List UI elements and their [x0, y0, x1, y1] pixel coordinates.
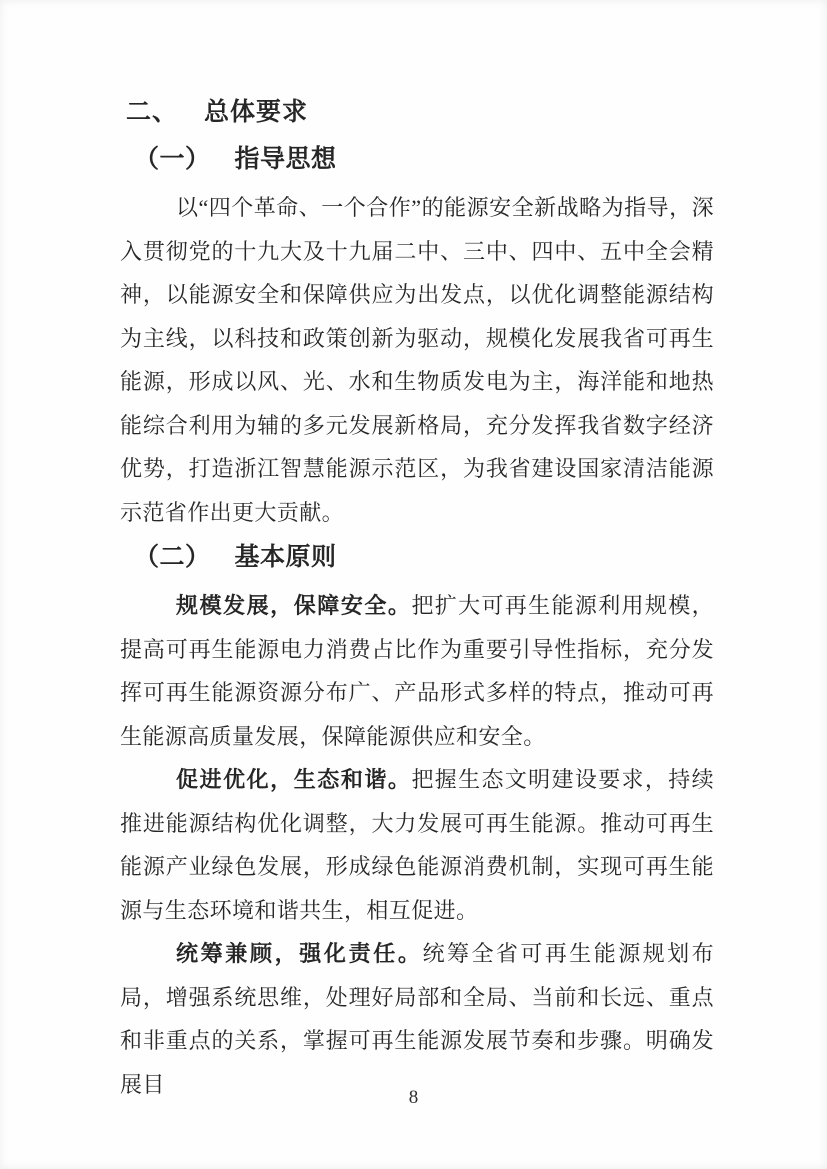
- page-number: 8: [0, 1087, 827, 1109]
- paragraph-principle-scale: 规模发展，保障安全。把扩大可再生能源利用规模，提高可再生能源电力消费占比作为重要…: [120, 584, 714, 758]
- paragraph-principle-ecology: 促进优化，生态和谐。把握生态文明建设要求，持续推进能源结构优化调整，大力发展可再…: [120, 758, 714, 932]
- paragraph-guiding-ideology: 以“四个革命、一个合作”的能源安全新战略为指导，深入贯彻党的十九大及十九届二中、…: [120, 186, 714, 534]
- chapter-number: 二、: [126, 98, 178, 126]
- section-number: （一）: [134, 146, 211, 173]
- section-title: 指导思想: [235, 146, 337, 173]
- document-page: 二、总体要求 （一）指导思想 以“四个革命、一个合作”的能源安全新战略为指导，深…: [0, 0, 827, 1169]
- section-title: 基本原则: [235, 544, 337, 571]
- paragraph-lead: 促进优化，生态和谐。: [176, 767, 411, 792]
- section-heading-guiding-ideology: （一）指导思想: [134, 138, 714, 182]
- chapter-title: 总体要求: [204, 98, 308, 126]
- section-number: （二）: [134, 544, 211, 571]
- document-content: 二、总体要求 （一）指导思想 以“四个革命、一个合作”的能源安全新战略为指导，深…: [120, 90, 714, 1106]
- paragraph-lead: 统筹兼顾，强化责任。: [176, 941, 423, 966]
- paragraph-lead: 规模发展，保障安全。: [176, 593, 411, 618]
- paragraph-text: 以“四个革命、一个合作”的能源安全新战略为指导，深入贯彻党的十九大及十九届二中、…: [120, 195, 714, 525]
- paragraph-principle-coordination: 统筹兼顾，强化责任。统筹全省可再生能源规划布局，增强系统思维，处理好局部和全局、…: [120, 932, 714, 1106]
- section-heading-basic-principles: （二）基本原则: [134, 536, 714, 580]
- chapter-heading: 二、总体要求: [126, 90, 714, 134]
